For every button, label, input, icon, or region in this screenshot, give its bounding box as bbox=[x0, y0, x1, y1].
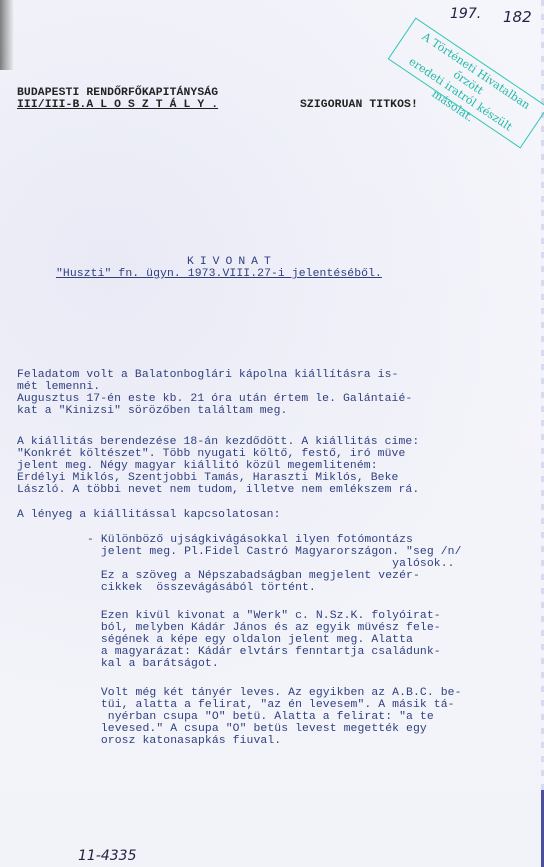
body-line-item1: cikkek összevágásából történt. bbox=[87, 582, 316, 594]
body-line-item3: Volt még két tányér leves. Az egyikben a… bbox=[87, 687, 462, 699]
body-line-para3: A lényeg a kiállitással kapcsolatosan: bbox=[17, 509, 281, 521]
body-line-para1: mét lemenni. bbox=[17, 381, 100, 393]
document-subtitle: "Huszti" fn. ügyn. 1973.VIII.27-i jelent… bbox=[56, 268, 382, 280]
body-line-item3: nyérban csupa "O" betü. Alatta a felirat… bbox=[87, 711, 434, 723]
document-page: 197. 182 A Történeti Hivatalban őrzött e… bbox=[0, 0, 544, 867]
body-line-item3: tüi, alatta a felirat, "az én levesem". … bbox=[87, 699, 455, 711]
handwritten-number-top-2: 182 bbox=[503, 8, 532, 26]
body-line-para2: jelent meg. Négy magyar kiállitó közül m… bbox=[17, 460, 378, 472]
scan-edge-shadow bbox=[0, 0, 14, 70]
handwritten-number-top-1: 197. bbox=[450, 6, 481, 22]
org-department: III/III-B.A L O S Z T Á L Y . bbox=[17, 99, 218, 111]
body-line-item2: Ezen kivül kivonat a "Werk" c. N.Sz.K. f… bbox=[87, 610, 441, 622]
body-line-para2: László. A többi nevet nem tudom, illetve… bbox=[17, 484, 419, 496]
body-line-para1: Augusztus 17-én este kb. 21 óra után ért… bbox=[17, 393, 412, 405]
body-line-item2: ból, melyben Kádár János és az egyik müv… bbox=[87, 622, 441, 634]
body-line-item1: yalósok.. bbox=[87, 558, 455, 570]
archive-stamp: A Történeti Hivatalban őrzött eredeti ir… bbox=[388, 18, 544, 149]
body-line-item1: jelent meg. Pl.Fidel Castró Magyarország… bbox=[87, 546, 462, 558]
body-line-para1: Feladatom volt a Balatonboglári kápolna … bbox=[17, 369, 398, 381]
body-line-para2: "Konkrét költészet". Több nyugati költő,… bbox=[17, 448, 405, 460]
handwritten-number-bottom: 11-4335 bbox=[78, 848, 137, 864]
body-line-para2: Erdélyi Miklós, Szentjobbi Tamás, Harasz… bbox=[17, 472, 398, 484]
body-line-item3: orosz katonasapkás fiuval. bbox=[87, 735, 281, 747]
body-line-para2: A kiállitás berendezése 18-án kezdődött.… bbox=[17, 436, 419, 448]
body-line-item2: a magyarázat: Kádár elvtárs fenntartja c… bbox=[87, 646, 441, 658]
org-name: BUDAPESTI RENDŐRFŐKAPITÁNYSÁG bbox=[17, 87, 218, 99]
classification-label: SZIGORUAN TITKOS! bbox=[300, 99, 418, 111]
document-heading: KIVONAT bbox=[187, 256, 277, 268]
body-line-item3: levesed." A csupa "O" betüs levest meget… bbox=[87, 723, 427, 735]
body-line-item2: ségének a képe egy oldalon jelent meg. A… bbox=[87, 634, 413, 646]
body-line-para1: kat a "Kinizsi" sörözőben találtam meg. bbox=[17, 405, 287, 417]
body-line-item1: Ez a szöveg a Népszabadságban megjelent … bbox=[87, 570, 420, 582]
body-line-item2: kal a barátságot. bbox=[87, 658, 219, 670]
body-line-item1: - Különböző ujságkivágásokkal ilyen fotó… bbox=[87, 534, 413, 546]
